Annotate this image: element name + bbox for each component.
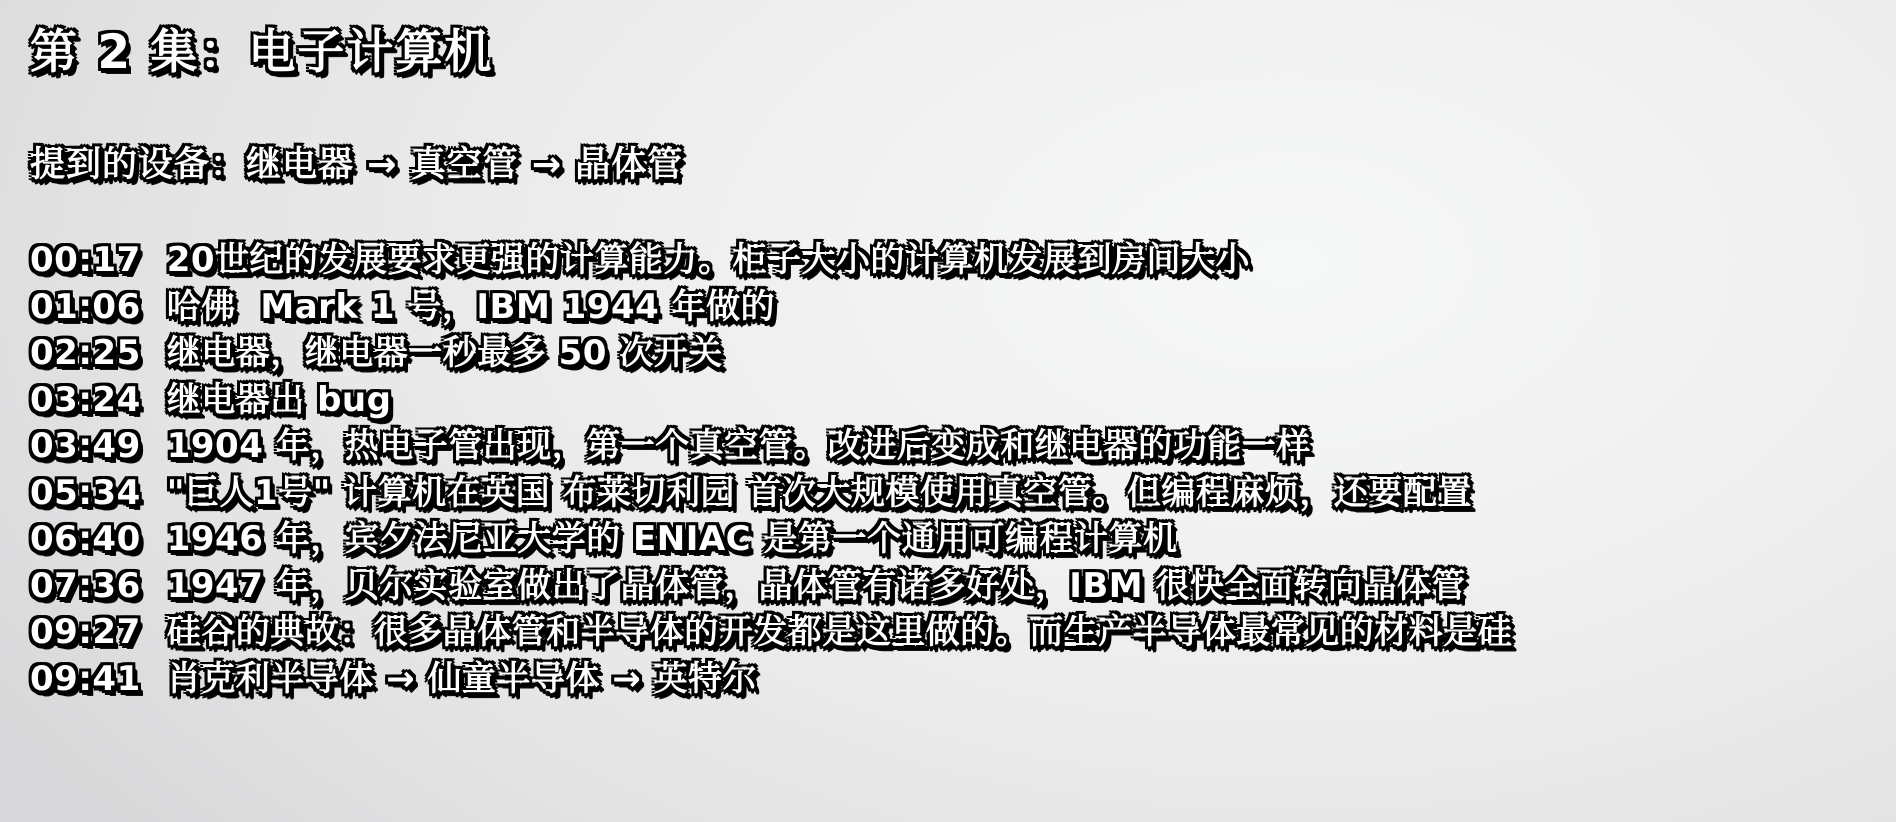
note-text: 1904 年，热电子管出现，第一个真空管。改进后变成和继电器的功能一样 <box>167 423 1866 470</box>
notes-page: 第 2 集：电子计算机 提到的设备：继电器 → 真空管 → 晶体管 00:17 … <box>0 0 1896 822</box>
note-row: 03:49 1904 年，热电子管出现，第一个真空管。改进后变成和继电器的功能一… <box>30 423 1866 470</box>
note-text: "巨人1号" 计算机在英国 布莱切利园 首次大规模使用真空管。但编程麻烦，还要配… <box>167 470 1866 517</box>
timestamp: 00:17 <box>30 237 141 284</box>
note-text: 继电器出 bug <box>167 377 1866 424</box>
notes-list: 00:17 20世纪的发展要求更强的计算能力。柜子大小的计算机发展到房间大小 0… <box>30 237 1866 702</box>
note-row: 09:41 肖克利半导体 → 仙童半导体 → 英特尔 <box>30 656 1866 703</box>
note-row: 05:34 "巨人1号" 计算机在英国 布莱切利园 首次大规模使用真空管。但编程… <box>30 470 1866 517</box>
page-title: 第 2 集：电子计算机 <box>30 26 1866 80</box>
note-row: 00:17 20世纪的发展要求更强的计算能力。柜子大小的计算机发展到房间大小 <box>30 237 1866 284</box>
note-text: 哈佛 Mark 1 号，IBM 1944 年做的 <box>167 284 1866 331</box>
note-row: 07:36 1947 年，贝尔实验室做出了晶体管，晶体管有诸多好处，IBM 很快… <box>30 563 1866 610</box>
note-row: 01:06 哈佛 Mark 1 号，IBM 1944 年做的 <box>30 284 1866 331</box>
note-text: 1947 年，贝尔实验室做出了晶体管，晶体管有诸多好处，IBM 很快全面转向晶体… <box>167 563 1866 610</box>
timestamp: 03:49 <box>30 423 141 470</box>
note-row: 09:27 硅谷的典故：很多晶体管和半导体的开发都是这里做的。而生产半导体最常见… <box>30 609 1866 656</box>
note-text: 继电器，继电器一秒最多 50 次开关 <box>167 330 1866 377</box>
timestamp: 09:27 <box>30 609 141 656</box>
note-row: 06:40 1946 年，宾夕法尼亚大学的 ENIAC 是第一个通用可编程计算机 <box>30 516 1866 563</box>
note-row: 03:24 继电器出 bug <box>30 377 1866 424</box>
note-text: 1946 年，宾夕法尼亚大学的 ENIAC 是第一个通用可编程计算机 <box>167 516 1866 563</box>
timestamp: 01:06 <box>30 284 141 331</box>
timestamp: 05:34 <box>30 470 141 517</box>
note-row: 02:25 继电器，继电器一秒最多 50 次开关 <box>30 330 1866 377</box>
timestamp: 09:41 <box>30 656 141 703</box>
timestamp: 03:24 <box>30 377 141 424</box>
timestamp: 06:40 <box>30 516 141 563</box>
note-text: 硅谷的典故：很多晶体管和半导体的开发都是这里做的。而生产半导体最常见的材料是硅 <box>167 609 1866 656</box>
note-text: 肖克利半导体 → 仙童半导体 → 英特尔 <box>167 656 1866 703</box>
timestamp: 07:36 <box>30 563 141 610</box>
note-text: 20世纪的发展要求更强的计算能力。柜子大小的计算机发展到房间大小 <box>167 237 1866 284</box>
timestamp: 02:25 <box>30 330 141 377</box>
devices-line: 提到的设备：继电器 → 真空管 → 晶体管 <box>30 137 1866 187</box>
